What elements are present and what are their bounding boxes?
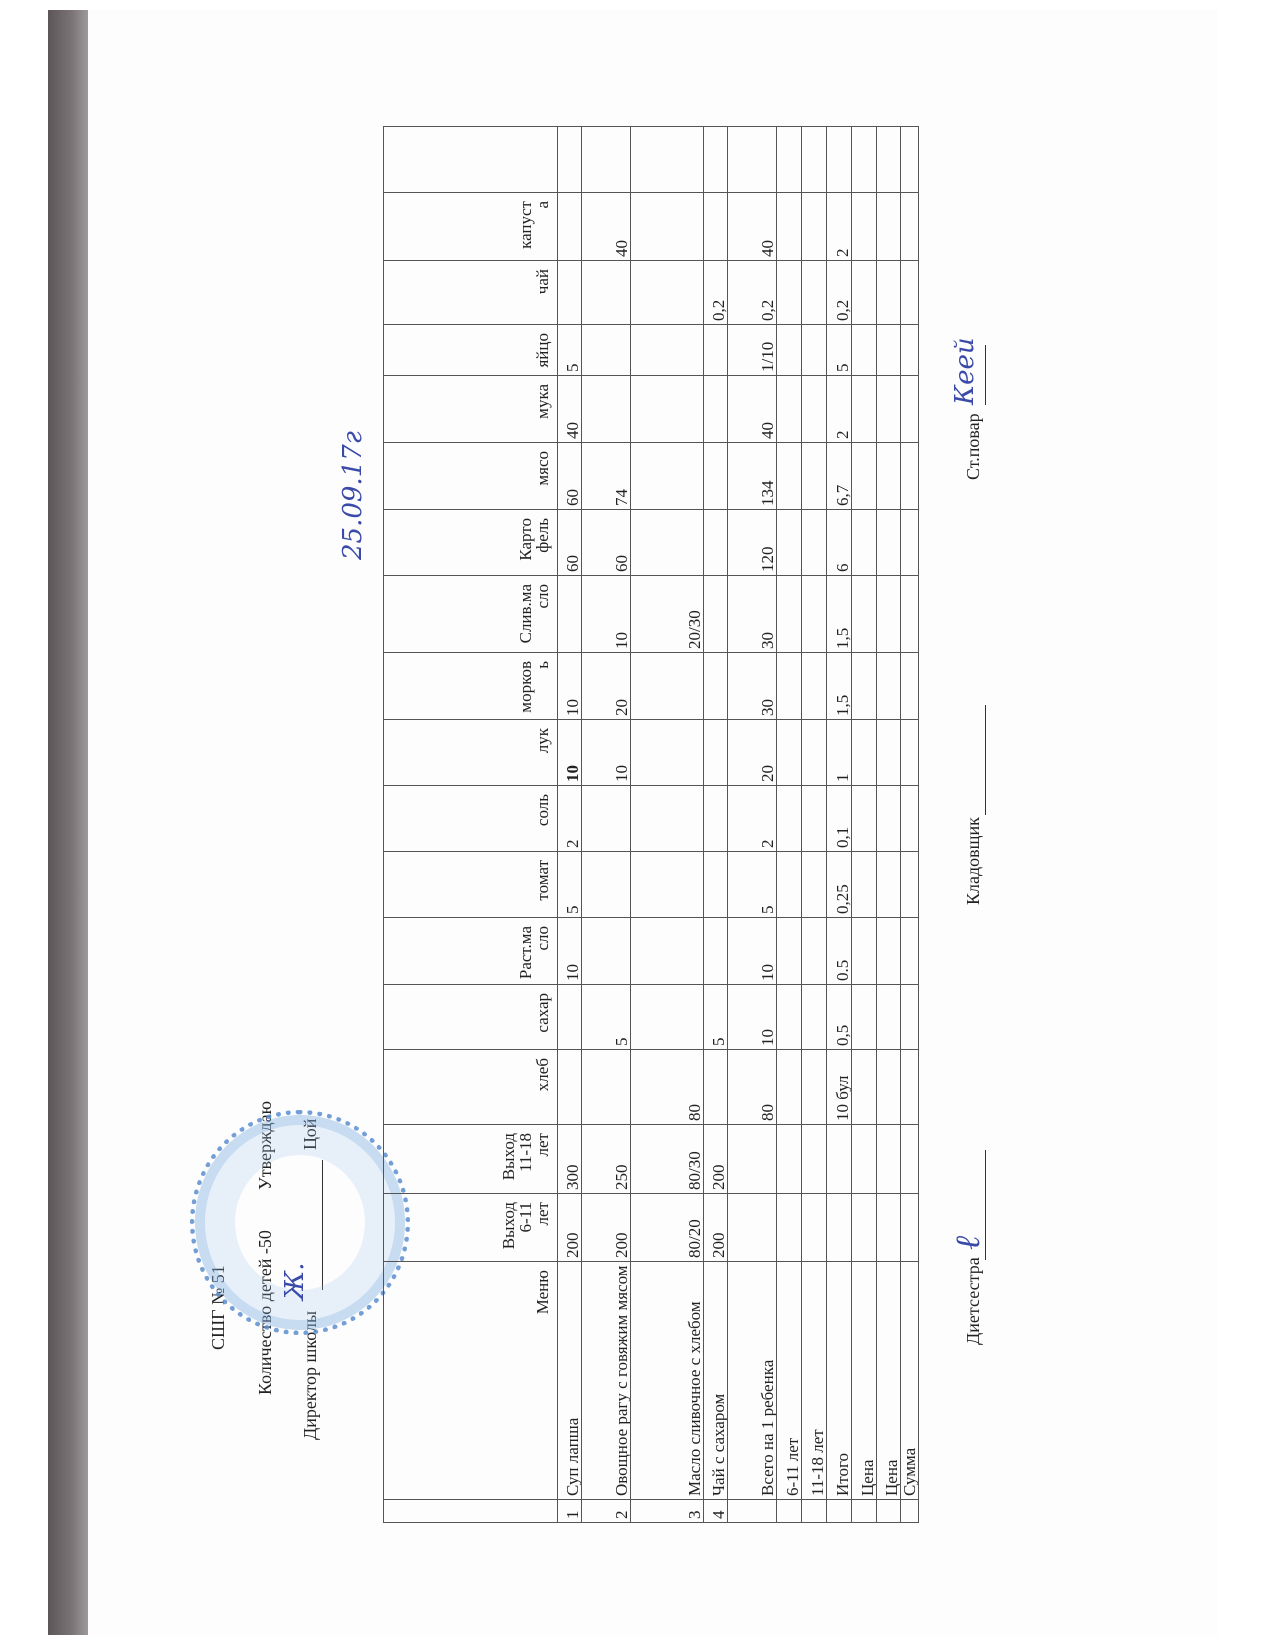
- head-cook-label: Ст.повар: [963, 413, 984, 480]
- table-cell: 10 бул: [827, 1050, 852, 1125]
- column-header: Слив.масло: [384, 576, 558, 653]
- table-cell: [877, 1050, 901, 1125]
- column-header: томат: [384, 852, 558, 918]
- table-cell: [728, 1125, 777, 1194]
- table-cell: [631, 376, 704, 443]
- row-dish-name: Цена: [877, 1262, 901, 1500]
- table-cell: [558, 127, 582, 193]
- table-row: 4Чай с сахаром20020050,2: [704, 127, 728, 1523]
- table-cell: [777, 1125, 802, 1194]
- column-header: Меню: [384, 1262, 558, 1500]
- table-cell: 80/30: [631, 1125, 704, 1194]
- table-cell: 0,2: [827, 261, 852, 325]
- table-cell: [852, 1050, 877, 1125]
- table-cell: 5: [558, 852, 582, 918]
- table-cell: [901, 985, 919, 1050]
- table-cell: 0.5: [827, 918, 852, 985]
- table-cell: 1,5: [827, 576, 852, 653]
- table-cell: 0,25: [827, 852, 852, 918]
- table-cell: 20: [582, 653, 631, 720]
- table-cell: [704, 325, 728, 376]
- table-cell: [802, 786, 827, 852]
- row-dish-name: Чай с сахаром: [704, 1262, 728, 1500]
- table-cell: 80/20: [631, 1194, 704, 1262]
- table-cell: [558, 985, 582, 1050]
- table-cell: [852, 193, 877, 261]
- table-cell: [877, 193, 901, 261]
- row-dish-name: Масло сливочное с хлебом: [631, 1262, 704, 1500]
- table-cell: [777, 376, 802, 443]
- table-cell: [631, 127, 704, 193]
- table-cell: [704, 1050, 728, 1125]
- row-number: [728, 1500, 777, 1523]
- table-cell: 5: [558, 325, 582, 376]
- handwritten-date: 25.09.17г: [338, 431, 368, 560]
- row-number: 3: [631, 1500, 704, 1523]
- table-cell: [877, 376, 901, 443]
- table-cell: [852, 653, 877, 720]
- table-cell: 1,5: [827, 653, 852, 720]
- table-cell: [901, 127, 919, 193]
- table-cell: 0,5: [827, 985, 852, 1050]
- head-cook-signature: Кеей: [950, 337, 980, 405]
- row-number: 4: [704, 1500, 728, 1523]
- table-cell: [852, 720, 877, 786]
- table-cell: 2: [558, 786, 582, 852]
- table-cell: [558, 193, 582, 261]
- school-stamp: [190, 1110, 410, 1335]
- table-cell: [877, 510, 901, 576]
- row-number: [877, 1500, 901, 1523]
- scan-edge-shadow: [48, 10, 88, 1635]
- column-header: Раст.масло: [384, 918, 558, 985]
- table-cell: [704, 852, 728, 918]
- column-header: соль: [384, 786, 558, 852]
- table-cell: 0,2: [704, 261, 728, 325]
- table-cell: [802, 1125, 827, 1194]
- table-cell: [582, 376, 631, 443]
- table-cell: [852, 852, 877, 918]
- table-cell: [877, 653, 901, 720]
- row-number: [901, 1500, 919, 1523]
- table-cell: 200: [704, 1125, 728, 1194]
- table-cell: 6,7: [827, 443, 852, 510]
- table-cell: [877, 325, 901, 376]
- table-cell: 60: [558, 510, 582, 576]
- column-header: яйцо: [384, 325, 558, 376]
- row-dish-name: Овощное рагу с говяжим мясом: [582, 1262, 631, 1500]
- table-cell: [631, 325, 704, 376]
- table-cell: [704, 653, 728, 720]
- table-cell: 0,1: [827, 786, 852, 852]
- table-cell: 1/10: [728, 325, 777, 376]
- table-cell: [802, 720, 827, 786]
- table-cell: 60: [582, 510, 631, 576]
- table-cell: [558, 576, 582, 653]
- table-cell: [877, 443, 901, 510]
- row-dish-name: Итого: [827, 1262, 852, 1500]
- table-cell: [777, 193, 802, 261]
- table-cell: [582, 261, 631, 325]
- table-cell: 10: [582, 720, 631, 786]
- table-cell: [631, 985, 704, 1050]
- table-cell: [802, 852, 827, 918]
- table-cell: [802, 443, 827, 510]
- table-cell: [802, 510, 827, 576]
- table-cell: [827, 127, 852, 193]
- table-cell: [802, 127, 827, 193]
- table-row: Сумма: [901, 127, 919, 1523]
- table-row: 11-18 лет: [802, 127, 827, 1523]
- table-cell: [777, 985, 802, 1050]
- table-cell: [582, 127, 631, 193]
- table-cell: [777, 786, 802, 852]
- row-number: [777, 1500, 802, 1523]
- table-cell: [802, 261, 827, 325]
- table-cell: [901, 261, 919, 325]
- column-header: лук: [384, 720, 558, 786]
- table-cell: 10: [558, 720, 582, 786]
- table-cell: [852, 376, 877, 443]
- row-dish-name: 6-11 лет: [777, 1262, 802, 1500]
- table-cell: [558, 261, 582, 325]
- table-cell: 10: [728, 985, 777, 1050]
- column-header: чай: [384, 261, 558, 325]
- table-cell: [777, 918, 802, 985]
- table-cell: [877, 720, 901, 786]
- table-cell: [901, 653, 919, 720]
- table-cell: [582, 786, 631, 852]
- table-cell: [777, 1194, 802, 1262]
- table-cell: 10: [582, 576, 631, 653]
- table-cell: [777, 1050, 802, 1125]
- table-cell: [802, 1050, 827, 1125]
- table-cell: [704, 193, 728, 261]
- table-cell: 2: [827, 193, 852, 261]
- table-cell: [901, 510, 919, 576]
- column-header: Выход 6-11 лет: [384, 1194, 558, 1262]
- table-cell: [877, 852, 901, 918]
- table-cell: 200: [558, 1194, 582, 1262]
- table-cell: 20: [728, 720, 777, 786]
- table-cell: [802, 985, 827, 1050]
- table-cell: [631, 852, 704, 918]
- table-cell: 40: [728, 193, 777, 261]
- table-cell: 10: [558, 653, 582, 720]
- table-cell: [704, 720, 728, 786]
- column-header: сахар: [384, 985, 558, 1050]
- head-cook-signature-line: [985, 345, 986, 405]
- table-cell: 80: [728, 1050, 777, 1125]
- table-cell: 120: [728, 510, 777, 576]
- table-cell: 30: [728, 653, 777, 720]
- table-cell: 30: [728, 576, 777, 653]
- column-header: морковь: [384, 653, 558, 720]
- table-cell: [728, 1194, 777, 1262]
- table-cell: [877, 576, 901, 653]
- table-cell: [802, 1194, 827, 1262]
- table-cell: [901, 1125, 919, 1194]
- table-cell: [852, 1125, 877, 1194]
- table-cell: [852, 510, 877, 576]
- row-number: [852, 1500, 877, 1523]
- table-cell: [877, 918, 901, 985]
- table-cell: [852, 985, 877, 1050]
- storekeeper-signature-line: [985, 705, 986, 815]
- table-cell: [631, 918, 704, 985]
- column-header: Картофель: [384, 510, 558, 576]
- table-cell: [877, 261, 901, 325]
- table-cell: [802, 918, 827, 985]
- storekeeper-label: Кладовщик: [963, 817, 984, 905]
- table-header-row: МенюВыход 6-11 летВыход 11-18 летхлебсах…: [384, 127, 558, 1523]
- table-cell: [852, 443, 877, 510]
- table-cell: [901, 1050, 919, 1125]
- table-cell: 5: [827, 325, 852, 376]
- table-cell: [704, 376, 728, 443]
- table-cell: [802, 576, 827, 653]
- table-row: Цена: [877, 127, 901, 1523]
- table-cell: [852, 576, 877, 653]
- table-cell: [901, 576, 919, 653]
- table-cell: [777, 325, 802, 376]
- director-signature: Ж.: [280, 1263, 310, 1300]
- table-cell: 5: [582, 985, 631, 1050]
- column-header: [384, 1500, 558, 1523]
- table-cell: [827, 1194, 852, 1262]
- table-cell: 74: [582, 443, 631, 510]
- table-cell: [877, 1194, 901, 1262]
- table-cell: [852, 918, 877, 985]
- table-cell: [777, 653, 802, 720]
- table-cell: 60: [558, 443, 582, 510]
- table-cell: [631, 786, 704, 852]
- row-dish-name: Цена: [852, 1262, 877, 1500]
- table-cell: [901, 852, 919, 918]
- dietitian-signature: ℓ: [948, 1236, 988, 1250]
- table-cell: [802, 325, 827, 376]
- table-row: Итого10 бул0,50.50,250,111,51,566,7250,2…: [827, 127, 852, 1523]
- table-cell: 200: [582, 1194, 631, 1262]
- table-cell: 300: [558, 1125, 582, 1194]
- row-number: [802, 1500, 827, 1523]
- table-cell: [777, 720, 802, 786]
- table-cell: [901, 193, 919, 261]
- table-cell: [631, 261, 704, 325]
- table-cell: [901, 720, 919, 786]
- table-cell: [704, 510, 728, 576]
- table-cell: [852, 786, 877, 852]
- column-header: мука: [384, 376, 558, 443]
- table-cell: [877, 985, 901, 1050]
- table-cell: [852, 261, 877, 325]
- table-cell: [877, 1125, 901, 1194]
- table-cell: 40: [558, 376, 582, 443]
- table-cell: [631, 510, 704, 576]
- table-cell: [582, 852, 631, 918]
- table-cell: [901, 325, 919, 376]
- table-cell: 40: [728, 376, 777, 443]
- row-dish-name: Всего на 1 ребенка: [728, 1262, 777, 1500]
- table-cell: [802, 193, 827, 261]
- table-cell: [901, 786, 919, 852]
- table-cell: [582, 918, 631, 985]
- row-dish-name: 11-18 лет: [802, 1262, 827, 1500]
- table-cell: [852, 127, 877, 193]
- table-cell: 10: [558, 918, 582, 985]
- table-row: 3Масло сливочное с хлебом80/2080/308020/…: [631, 127, 704, 1523]
- table-cell: [802, 376, 827, 443]
- table-cell: [704, 786, 728, 852]
- table-cell: [777, 852, 802, 918]
- row-number: [827, 1500, 852, 1523]
- menu-table: МенюВыход 6-11 летВыход 11-18 летхлебсах…: [383, 127, 917, 1523]
- table-cell: [802, 653, 827, 720]
- table-cell: [704, 443, 728, 510]
- table-cell: 10: [728, 918, 777, 985]
- table-cell: 250: [582, 1125, 631, 1194]
- table-row: 1Суп лапша200300105210106060405: [558, 127, 582, 1523]
- column-header: [384, 127, 558, 193]
- table-cell: 200: [704, 1194, 728, 1262]
- row-number: 1: [558, 1500, 582, 1523]
- table-cell: [777, 510, 802, 576]
- table-cell: 20/30: [631, 576, 704, 653]
- table-cell: 0,2: [728, 261, 777, 325]
- table-cell: [582, 1050, 631, 1125]
- table-cell: [704, 576, 728, 653]
- table-cell: 5: [728, 852, 777, 918]
- row-dish-name: Суп лапша: [558, 1262, 582, 1500]
- table-cell: [777, 576, 802, 653]
- column-header: капуста: [384, 193, 558, 261]
- table-cell: 1: [827, 720, 852, 786]
- table-cell: [582, 325, 631, 376]
- table-cell: [631, 443, 704, 510]
- table-cell: 6: [827, 510, 852, 576]
- table-cell: [852, 1194, 877, 1262]
- table-cell: [728, 127, 777, 193]
- table-row: 6-11 лет: [777, 127, 802, 1523]
- table-cell: [777, 127, 802, 193]
- column-header: Выход 11-18 лет: [384, 1125, 558, 1194]
- table-cell: [901, 376, 919, 443]
- table-cell: 40: [582, 193, 631, 261]
- table-cell: [704, 918, 728, 985]
- table-cell: [827, 1125, 852, 1194]
- table-cell: [901, 443, 919, 510]
- table-row: Всего на 1 ребенка8010105220303012013440…: [728, 127, 777, 1523]
- table-cell: [877, 127, 901, 193]
- table-cell: [901, 918, 919, 985]
- table-row: 2Овощное рагу с говяжим мясом20025051020…: [582, 127, 631, 1523]
- table-cell: [704, 127, 728, 193]
- table-cell: 2: [728, 786, 777, 852]
- dietitian-label: Диетсестра: [963, 1257, 984, 1345]
- table-cell: [777, 261, 802, 325]
- table-cell: 134: [728, 443, 777, 510]
- table-cell: 5: [704, 985, 728, 1050]
- table-cell: 80: [631, 1050, 704, 1125]
- table-cell: [852, 325, 877, 376]
- table-cell: [901, 1194, 919, 1262]
- table-cell: [558, 1050, 582, 1125]
- table-cell: [631, 653, 704, 720]
- column-header: хлеб: [384, 1050, 558, 1125]
- row-number: 2: [582, 1500, 631, 1523]
- table-cell: [877, 786, 901, 852]
- column-header: мясо: [384, 443, 558, 510]
- table-cell: [631, 193, 704, 261]
- table-cell: [631, 720, 704, 786]
- row-dish-name: Сумма: [901, 1262, 919, 1500]
- table-cell: [777, 443, 802, 510]
- table-cell: 2: [827, 376, 852, 443]
- table-row: Цена: [852, 127, 877, 1523]
